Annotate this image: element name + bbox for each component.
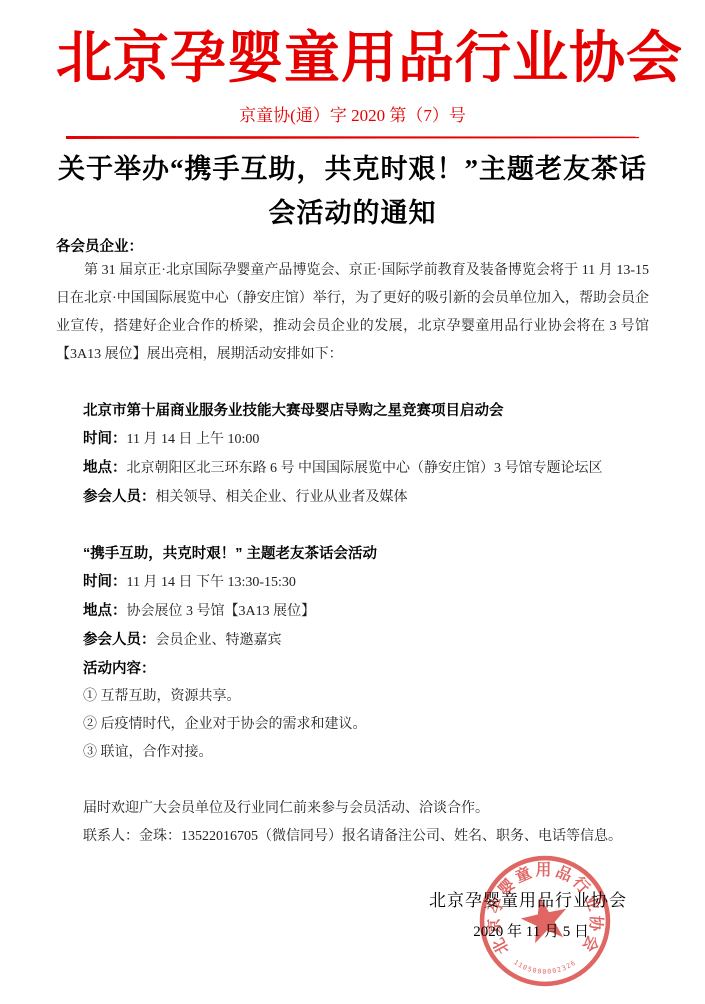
closing-line: 届时欢迎广大会员单位及行业同仁前来参与会员活动、洽谈合作。	[83, 795, 649, 823]
event-row-time: 时间：11 月 14 日 上午 10:00	[83, 425, 649, 454]
event-row-attendees: 参会人员：相关领导、相关企业、行业从业者及媒体	[83, 483, 649, 512]
row-value: 11 月 14 日 下午 13:30-15:30	[127, 575, 296, 590]
row-label: 时间：	[83, 431, 127, 447]
contact-line: 联系人：金珠：13522016705（微信同号）报名请备注公司、姓名、职务、电话…	[83, 823, 649, 851]
row-label: 参会人员：	[83, 489, 156, 505]
official-seal: 北京孕婴童用品行业协会 1105000002326	[479, 855, 611, 987]
event-heading: “携手互助，共克时艰！” 主题老友茶话会活动	[83, 540, 649, 568]
document-page: 北京孕婴童用品行业协会 京童协(通）字 2020 第（7）号 关于举办“携手互助…	[0, 0, 705, 1004]
activity-item-2: ② 后疫情时代，企业对于协会的需求和建议。	[83, 711, 649, 739]
svg-text:1105000002326: 1105000002326	[512, 958, 578, 975]
row-value: 11 月 14 日 上午 10:00	[127, 432, 260, 447]
salutation: 各会员企业：	[56, 237, 649, 257]
event-row-place: 地点：协会展位 3 号馆【3A13 展位】	[83, 597, 649, 626]
row-label: 时间：	[83, 574, 127, 590]
activity-item-1: ① 互帮互助，资源共享。	[83, 683, 649, 711]
seal-star-icon	[517, 892, 572, 945]
doc-number: 京童协(通）字 2020 第（7）号	[56, 98, 649, 134]
intro-paragraph: 第 31 届京正·北京国际孕婴童产品博览会、京正·国际学前教育及装备博览会将于 …	[56, 257, 649, 369]
row-value: 协会展位 3 号馆【3A13 展位】	[127, 604, 316, 619]
row-label: 参会人员：	[83, 632, 156, 648]
event-section-launch: 北京市第十届商业服务业技能大赛母婴店导购之星竞赛项目启动会 时间：11 月 14…	[56, 397, 649, 512]
activity-item-3: ③ 联谊，合作对接。	[83, 739, 649, 767]
header-org-name: 北京孕婴童用品行业协会	[56, 0, 649, 98]
row-label: 地点：	[83, 460, 127, 476]
activity-content-label: 活动内容：	[83, 655, 649, 683]
row-label: 地点：	[83, 603, 127, 619]
notice-title-line1: 关于举办“携手互助，共克时艰！”主题老友茶话	[58, 154, 647, 184]
notice-title: 关于举办“携手互助，共克时艰！”主题老友茶话会活动的通知	[56, 147, 649, 235]
row-value: 会员企业、特邀嘉宾	[156, 633, 282, 648]
event-row-time: 时间：11 月 14 日 下午 13:30-15:30	[83, 568, 649, 597]
event-section-teaparty: “携手互助，共克时艰！” 主题老友茶话会活动 时间：11 月 14 日 下午 1…	[56, 540, 649, 767]
seal-number: 1105000002326	[512, 958, 578, 975]
notice-title-line2: 会活动的通知	[269, 198, 437, 228]
closing-block: 届时欢迎广大会员单位及行业同仁前来参与会员活动、洽谈合作。 联系人：金珠：135…	[56, 795, 649, 851]
row-value: 北京朝阳区北三环东路 6 号 中国国际展览中心（静安庄馆）3 号馆专题论坛区	[127, 461, 603, 476]
event-row-attendees: 参会人员：会员企业、特邀嘉宾	[83, 626, 649, 655]
row-value: 相关领导、相关企业、行业从业者及媒体	[156, 490, 408, 505]
header-divider	[66, 136, 639, 139]
event-row-place: 地点：北京朝阳区北三环东路 6 号 中国国际展览中心（静安庄馆）3 号馆专题论坛…	[83, 454, 649, 483]
event-heading: 北京市第十届商业服务业技能大赛母婴店导购之星竞赛项目启动会	[83, 397, 649, 425]
